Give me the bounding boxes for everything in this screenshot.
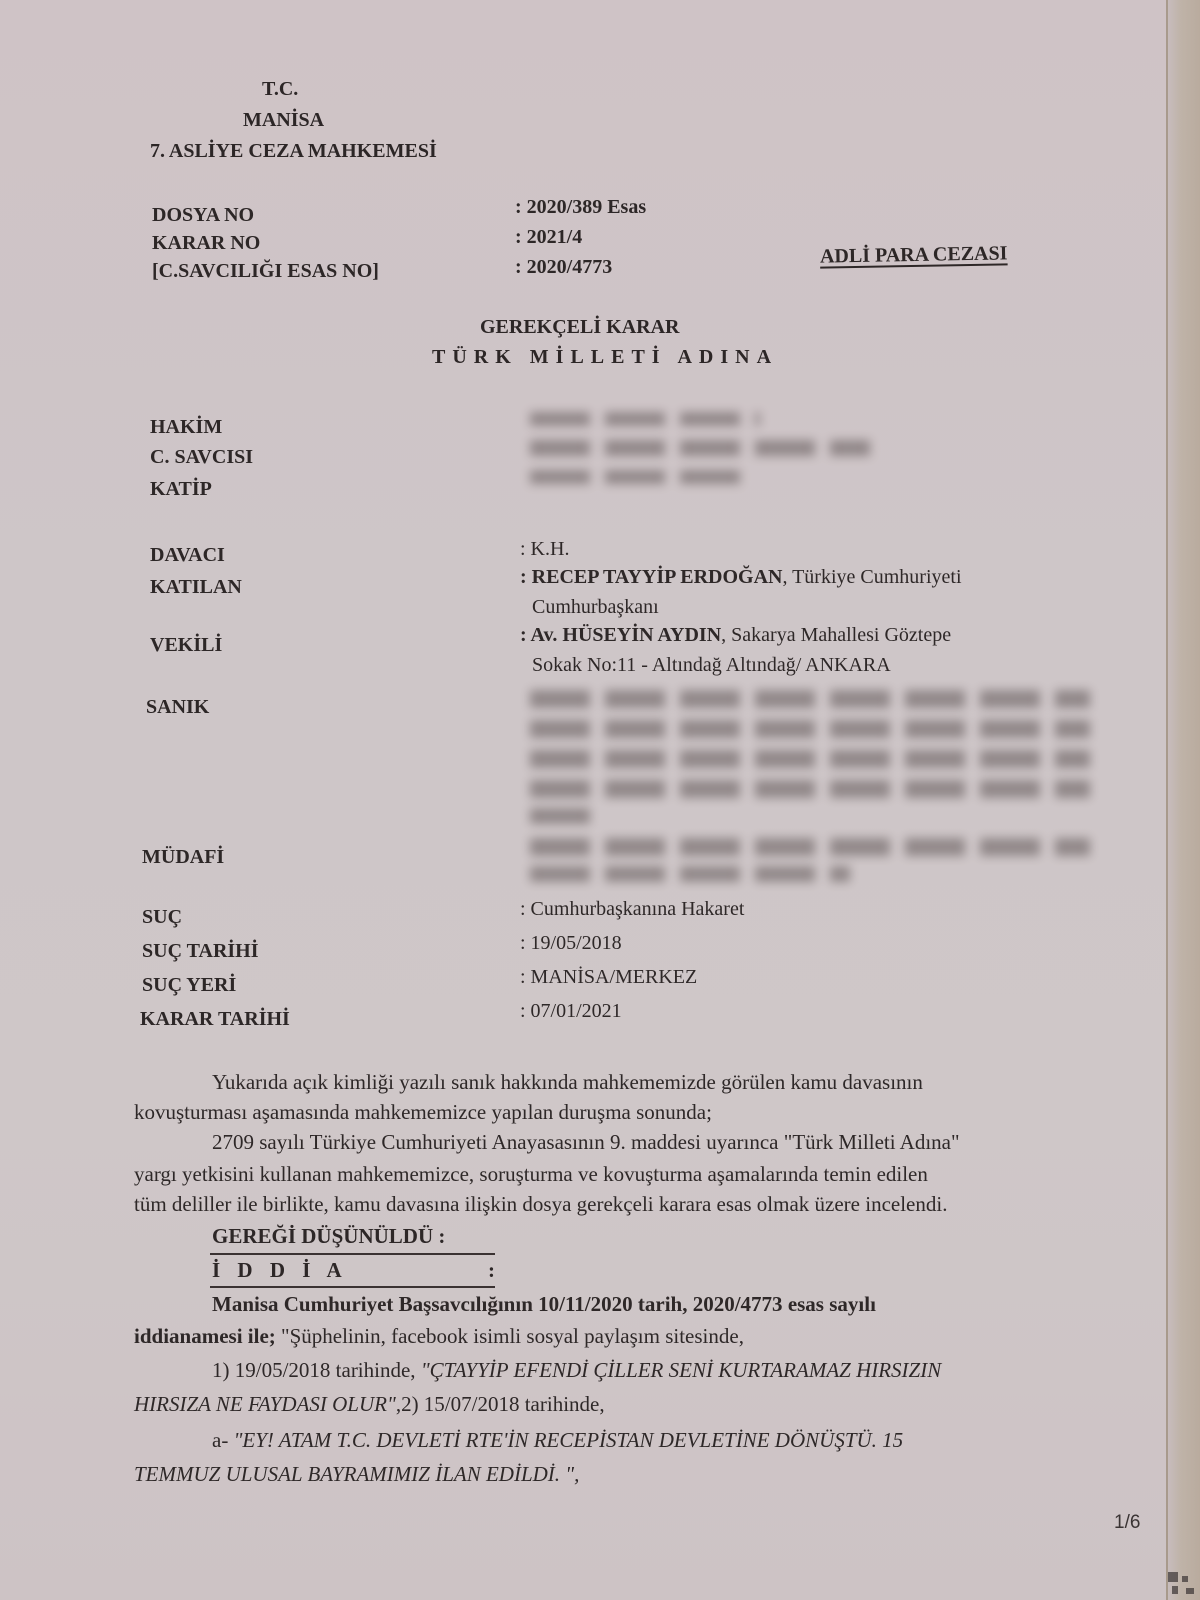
body-p2-line1: 2709 sayılı Türkiye Cumhuriyeti Anayasas… bbox=[212, 1130, 960, 1155]
heading-iddia-colon: : bbox=[488, 1258, 495, 1283]
vekili-address: , Sakarya Mahallesi Göztepe bbox=[721, 624, 951, 646]
heading-iddia: İ D D İ A bbox=[212, 1258, 348, 1283]
heading-geregi-dusunuldu: GEREĞİ DÜŞÜNÜLDÜ : bbox=[212, 1224, 445, 1249]
case-label-suc-yeri: SUÇ YERİ bbox=[142, 974, 236, 997]
header-country: T.C. bbox=[262, 78, 298, 101]
case-label-karar-tarihi: KARAR TARİHİ bbox=[140, 1008, 290, 1031]
party-label-davaci: DAVACI bbox=[150, 544, 225, 567]
katilan-title-line2: Cumhurbaşkanı bbox=[532, 596, 659, 619]
redacted-sanik-3 bbox=[530, 750, 1090, 768]
rule-iddia bbox=[210, 1286, 495, 1288]
party-value-katilan: : RECEP TAYYİP ERDOĞAN, Türkiye Cumhuriy… bbox=[520, 566, 962, 589]
staff-label-savci: C. SAVCISI bbox=[150, 446, 253, 469]
body-p3-line1: Manisa Cumhuriyet Başsavcılığının 10/11/… bbox=[212, 1292, 876, 1317]
document-page: T.C. MANİSA 7. ASLİYE CEZA MAHKEMESİ DOS… bbox=[0, 0, 1168, 1600]
body-item1-line1: 1) 19/05/2018 tarihinde, "ÇTAYYİP EFENDİ… bbox=[212, 1358, 941, 1383]
decision-subtitle: TÜRK MİLLETİ ADINA bbox=[432, 346, 778, 369]
party-label-sanik: SANIK bbox=[146, 696, 209, 719]
item1-quote: "ÇTAYYİP EFENDİ ÇİLLER SENİ KURTARAMAZ H… bbox=[421, 1358, 941, 1382]
header-court: 7. ASLİYE CEZA MAHKEMESİ bbox=[150, 140, 437, 163]
p3-indictment: iddianamesi ile; bbox=[134, 1324, 276, 1348]
body-p1-line1: Yukarıda açık kimliği yazılı sanık hakkı… bbox=[212, 1070, 923, 1095]
penalty-type: ADLİ PARA CEZASI bbox=[820, 242, 1008, 268]
file-label-dosya: DOSYA NO bbox=[152, 204, 254, 227]
body-item1-line2: HIRSIZA NE FAYDASI OLUR",2) 15/07/2018 t… bbox=[134, 1392, 605, 1417]
redacted-sanik-4 bbox=[530, 780, 1090, 798]
p3-prosecutor: Manisa Cumhuriyet Başsavcılığının 10/11/… bbox=[212, 1292, 783, 1316]
body-p2-line3: tüm deliller ile birlikte, kamu davasına… bbox=[134, 1192, 947, 1217]
redacted-katip bbox=[530, 470, 750, 484]
rule-geregi bbox=[210, 1253, 495, 1255]
body-p2-line2: yargı yetkisini kullanan mahkememizce, s… bbox=[134, 1162, 928, 1187]
file-value-dosya: : 2020/389 Esas bbox=[515, 196, 646, 219]
case-label-suc-tarihi: SUÇ TARİHİ bbox=[142, 940, 259, 963]
decision-title: GEREKÇELİ KARAR bbox=[480, 316, 679, 339]
qr-code-icon bbox=[1168, 1572, 1196, 1600]
redacted-mudafi-2 bbox=[530, 866, 850, 882]
file-value-karar: : 2021/4 bbox=[515, 226, 582, 249]
case-value-suc-yeri: : MANİSA/MERKEZ bbox=[520, 966, 697, 989]
case-value-suc-tarihi: : 19/05/2018 bbox=[520, 932, 622, 955]
party-label-mudafi: MÜDAFİ bbox=[142, 846, 224, 869]
party-label-katilan: KATILAN bbox=[150, 576, 242, 599]
redacted-hakim bbox=[530, 412, 760, 426]
staff-label-hakim: HAKİM bbox=[150, 416, 222, 439]
vekili-address-line2: Sokak No:11 - Altındağ Altındağ/ ANKARA bbox=[532, 654, 891, 677]
party-value-vekili: : Av. HÜSEYİN AYDIN, Sakarya Mahallesi G… bbox=[520, 624, 951, 647]
body-p3-line2: iddianamesi ile; "Şüphelinin, facebook i… bbox=[134, 1324, 744, 1349]
redacted-sanik-1 bbox=[530, 690, 1090, 708]
paper-edge bbox=[1166, 0, 1200, 1600]
item2a-quote: "EY! ATAM T.C. DEVLETİ RTE'İN RECEPİSTAN… bbox=[234, 1428, 904, 1452]
body-item2a-line1: a- "EY! ATAM T.C. DEVLETİ RTE'İN RECEPİS… bbox=[212, 1428, 903, 1453]
body-item2a-line2: TEMMUZ ULUSAL BAYRAMIMIZ İLAN EDİLDİ. ", bbox=[134, 1462, 579, 1487]
item1-date: 1) 19/05/2018 tarihinde, bbox=[212, 1358, 421, 1382]
katilan-title: , Türkiye Cumhuriyeti bbox=[782, 566, 961, 588]
file-label-karar: KARAR NO bbox=[152, 232, 260, 255]
item1-quote-end: HIRSIZA NE FAYDASI OLUR" bbox=[134, 1392, 396, 1416]
item2a-prefix: a- bbox=[212, 1428, 234, 1452]
party-value-davaci: : K.H. bbox=[520, 538, 569, 561]
party-label-vekili: VEKİLİ bbox=[150, 634, 222, 657]
katilan-name: : RECEP TAYYİP ERDOĞAN bbox=[520, 566, 782, 588]
redacted-mudafi-1 bbox=[530, 838, 1090, 856]
case-value-suc: : Cumhurbaşkanına Hakaret bbox=[520, 898, 744, 921]
file-value-savcilik: : 2020/4773 bbox=[515, 256, 612, 279]
vekili-name: : Av. HÜSEYİN AYDIN bbox=[520, 624, 721, 646]
case-label-suc: SUÇ bbox=[142, 906, 182, 929]
body-p1-line2: kovuşturması aşamasında mahkememizce yap… bbox=[134, 1100, 712, 1125]
redacted-savci bbox=[530, 440, 870, 456]
file-label-savcilik: [C.SAVCILIĞI ESAS NO] bbox=[152, 260, 379, 283]
staff-label-katip: KATİP bbox=[150, 478, 212, 501]
redacted-sanik-5 bbox=[530, 808, 590, 824]
p3-esas: esas sayılı bbox=[783, 1292, 876, 1316]
redacted-sanik-2 bbox=[530, 720, 1090, 738]
header-city: MANİSA bbox=[243, 109, 324, 132]
page-number: 1/6 bbox=[1114, 1512, 1140, 1534]
p3-suspect: "Şüphelinin, facebook isimli sosyal payl… bbox=[276, 1324, 744, 1348]
item2-date: ,2) 15/07/2018 tarihinde, bbox=[396, 1392, 605, 1416]
case-value-karar-tarihi: : 07/01/2021 bbox=[520, 1000, 622, 1023]
